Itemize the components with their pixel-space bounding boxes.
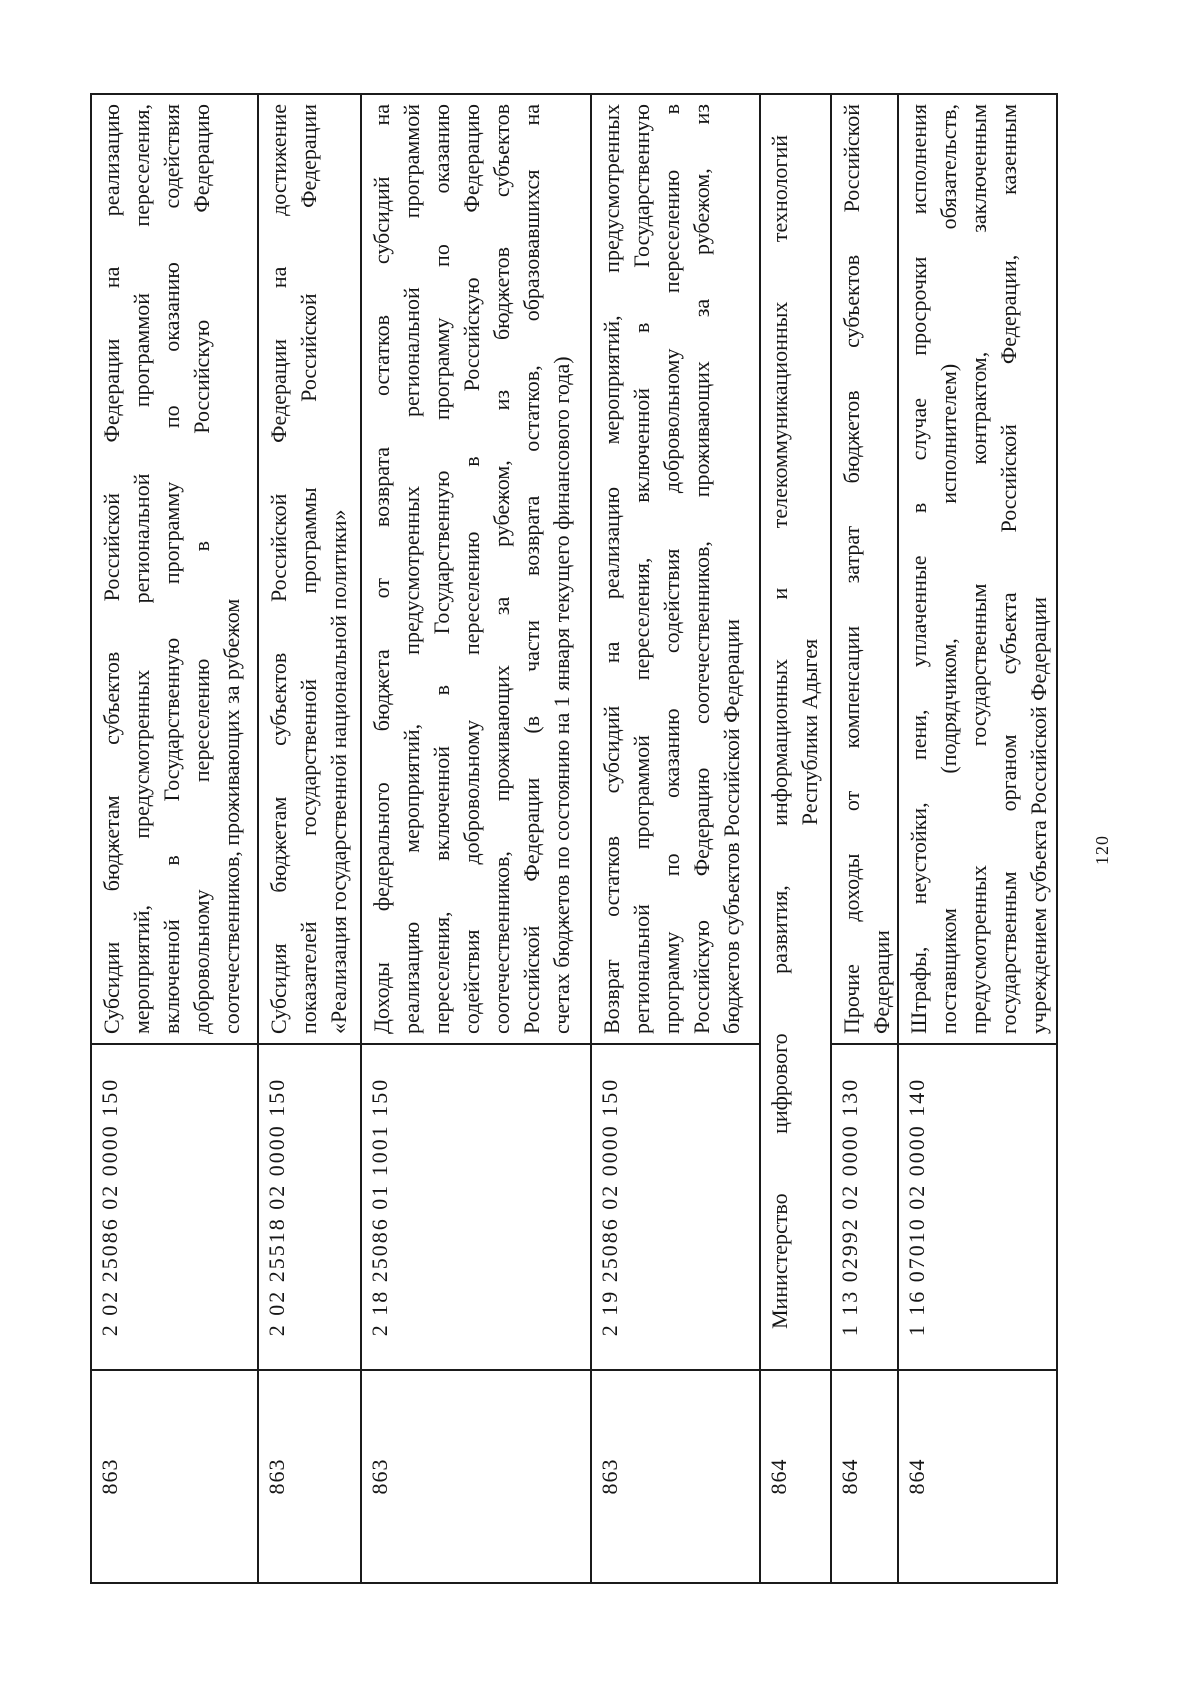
description-line: переселения, включенной в Государственну…	[427, 104, 457, 1034]
budget-code-cell: 2 19 25086 02 0000 150	[591, 1044, 760, 1370]
description-line: Субсидия бюджетам субъектов Российской Ф…	[264, 104, 294, 1034]
table-row: 863 2 02 25518 02 0000 150 Субсидия бюдж…	[258, 94, 361, 1583]
revenue-classification-table: 863 2 02 25086 02 0000 150 Субсидии бюдж…	[90, 93, 1058, 1584]
description-line: Прочие доходы от компенсации затрат бюдж…	[837, 104, 867, 1034]
admin-code-cell: 864	[898, 1370, 1057, 1583]
description-line: реализацию мероприятий, предусмотренных …	[397, 104, 427, 1034]
description-cell: Субсидии бюджетам субъектов Российской Ф…	[91, 94, 258, 1044]
description-line: Штрафы, неустойки, пени, уплаченные в сл…	[904, 104, 934, 1034]
description-line: предусмотренных государственным контракт…	[964, 104, 994, 1034]
budget-code-cell: 1 16 07010 02 0000 140	[898, 1044, 1057, 1370]
table-row: 863 2 19 25086 02 0000 150 Возврат остат…	[591, 94, 760, 1583]
description-line: добровольному переселению в Российскую Ф…	[187, 104, 217, 1034]
admin-code-cell: 863	[258, 1370, 361, 1583]
description-line: Возврат остатков субсидий на реализацию …	[597, 104, 627, 1034]
admin-code-cell: 863	[361, 1370, 591, 1583]
description-line: региональной программой переселения, вкл…	[627, 104, 657, 1034]
description-line: Субсидии бюджетам субъектов Российской Ф…	[97, 104, 127, 1034]
description-line: государственным органом субъекта Российс…	[994, 104, 1024, 1034]
admin-code-cell: 864	[760, 1370, 831, 1583]
description-line: Российской Федерации (в части возврата о…	[517, 104, 547, 1034]
description-line: поставщиком (подрядчиком, исполнителем) …	[934, 104, 964, 1034]
page-number: 120	[1092, 790, 1113, 910]
admin-code-cell: 863	[91, 1370, 258, 1583]
budget-code-cell: 1 13 02992 02 0000 130	[831, 1044, 898, 1370]
description-line: Доходы федерального бюджета от возврата …	[367, 104, 397, 1034]
description-cell: Штрафы, неустойки, пени, уплаченные в сл…	[898, 94, 1057, 1044]
description-line: соотечественников, проживающих за рубежо…	[487, 104, 517, 1034]
description-line: мероприятий, предусмотренных регионально…	[127, 104, 157, 1034]
description-line: включенной в Государственную программу п…	[157, 104, 187, 1034]
budget-code-cell: 2 18 25086 01 1001 150	[361, 1044, 591, 1370]
description-line: «Реализация государственной национальной…	[324, 104, 354, 1034]
ministry-name-cell: Министерство цифрового развития, информа…	[760, 94, 831, 1370]
description-line: соотечественников, проживающих за рубежо…	[217, 104, 247, 1034]
description-line: содействия добровольному переселению в Р…	[457, 104, 487, 1034]
ministry-name-line: Республики Адыгея	[795, 135, 825, 1329]
table-row: 863 2 18 25086 01 1001 150 Доходы федера…	[361, 94, 591, 1583]
description-line: счетах бюджетов по состоянию на 1 января…	[547, 104, 577, 1034]
budget-code-cell: 2 02 25086 02 0000 150	[91, 1044, 258, 1370]
ministry-name-line: Министерство цифрового развития, информа…	[765, 135, 795, 1329]
description-line: Федерации	[867, 104, 897, 1034]
description-cell: Возврат остатков субсидий на реализацию …	[591, 94, 760, 1044]
admin-code-cell: 863	[591, 1370, 760, 1583]
budget-code-cell: 2 02 25518 02 0000 150	[258, 1044, 361, 1370]
description-cell: Доходы федерального бюджета от возврата …	[361, 94, 591, 1044]
description-cell: Прочие доходы от компенсации затрат бюдж…	[831, 94, 898, 1044]
table-row-ministry-header: 864 Министерство цифрового развития, инф…	[760, 94, 831, 1583]
table-row: 864 1 16 07010 02 0000 140 Штрафы, неуст…	[898, 94, 1057, 1583]
description-line: Российскую Федерацию соотечественников, …	[687, 104, 717, 1034]
description-line: бюджетов субъектов Российской Федерации	[717, 104, 747, 1034]
description-line: программу по оказанию содействия доброво…	[657, 104, 687, 1034]
description-cell: Субсидия бюджетам субъектов Российской Ф…	[258, 94, 361, 1044]
table-row: 863 2 02 25086 02 0000 150 Субсидии бюдж…	[91, 94, 258, 1583]
description-line: показателей государственной программы Ро…	[294, 104, 324, 1034]
description-line: учреждением субъекта Российской Федераци…	[1024, 104, 1054, 1034]
admin-code-cell: 864	[831, 1370, 898, 1583]
scanned-rotated-page: 863 2 02 25086 02 0000 150 Субсидии бюдж…	[0, 0, 1200, 1692]
table-row: 864 1 13 02992 02 0000 130 Прочие доходы…	[831, 94, 898, 1583]
